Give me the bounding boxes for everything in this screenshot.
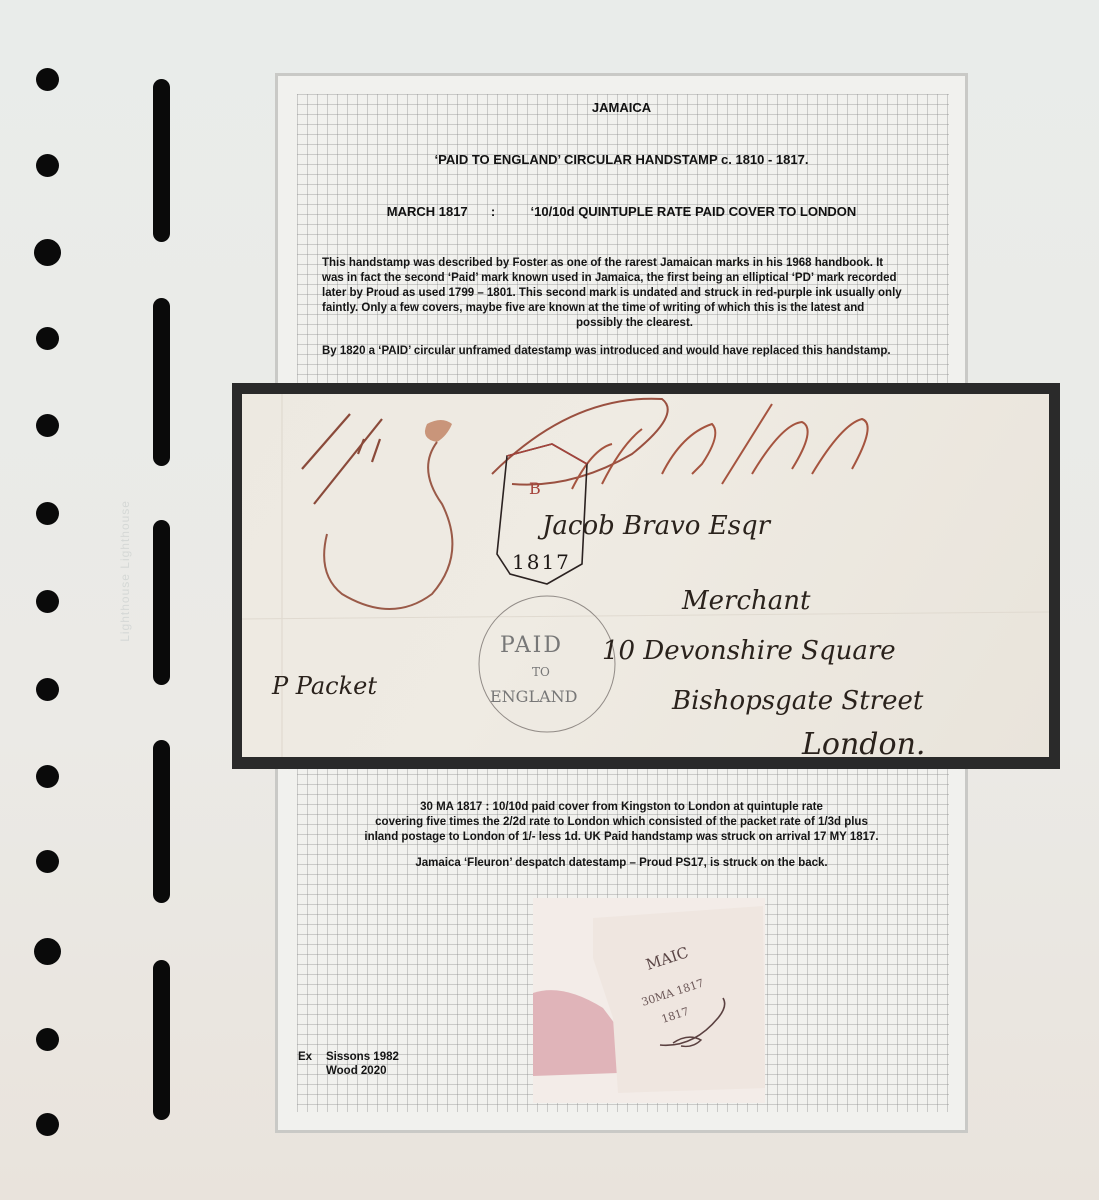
cover-image: B 1817 Jacob Bravo Esqr PAID TO ENGLAND …: [242, 394, 1049, 757]
svg-text:10 Devonshire Square: 10 Devonshire Square: [602, 636, 896, 666]
binder-hole: [36, 1113, 59, 1136]
back-stamp-note: Jamaica ‘Fleuron’ despatch datestamp – P…: [278, 856, 965, 871]
margin-watermark: Lighthouse Lighthouse: [118, 500, 132, 642]
svg-text:P Packet: P Packet: [271, 672, 377, 700]
history-note: By 1820 a ‘PAID’ circular unframed dates…: [322, 344, 947, 359]
svg-text:Bishopsgate Street: Bishopsgate Street: [671, 686, 924, 716]
cover-manuscript-icon: B 1817 Jacob Bravo Esqr PAID TO ENGLAND …: [242, 394, 1049, 757]
page-subtitle: ‘PAID TO ENGLAND’ CIRCULAR HANDSTAMP c. …: [278, 152, 965, 167]
binder-hole: [36, 765, 59, 788]
page-title: JAMAICA: [278, 100, 965, 115]
cover-heading: MARCH 1817 : ‘10/10d QUINTUPLE RATE PAID…: [278, 204, 965, 219]
provenance-entry: Wood 2020: [326, 1064, 387, 1078]
description-line: This handstamp was described by Foster a…: [322, 257, 883, 269]
binder-slot: [153, 520, 170, 685]
description-line: possibly the clearest.: [322, 316, 947, 331]
description-line: was in fact the second ‘Paid’ mark known…: [322, 272, 897, 284]
provenance: Ex Sissons 1982 Wood 2020: [298, 1050, 399, 1078]
description-line: faintly. Only a few covers, maybe five a…: [322, 302, 864, 314]
heading-date: MARCH 1817: [387, 204, 468, 219]
cover-caption: 30 MA 1817 : 10/10d paid cover from King…: [278, 800, 965, 845]
binder-hole: [36, 68, 59, 91]
svg-text:TO: TO: [532, 665, 550, 679]
svg-text:Jacob Bravo Esqr: Jacob Bravo Esqr: [537, 511, 772, 541]
svg-text:London.: London.: [801, 727, 925, 757]
binder-slot: [153, 79, 170, 242]
binder-slot: [153, 298, 170, 466]
caption-line: inland postage to London of 1/- less 1d.…: [364, 831, 878, 843]
binder-hole: [36, 414, 59, 437]
binder-hole: [36, 590, 59, 613]
binder-slot: [153, 740, 170, 903]
binder-hole: [36, 327, 59, 350]
heading-separator: :: [491, 204, 495, 219]
provenance-label: Ex: [298, 1050, 326, 1064]
binder-hole: [36, 850, 59, 873]
fleuron-datestamp-icon: MAIC 30MA 1817 1817: [533, 898, 765, 1103]
binder-hole: [34, 938, 61, 965]
description-paragraph: This handstamp was described by Foster a…: [322, 256, 947, 331]
binder-slot: [153, 960, 170, 1120]
binder-hole: [36, 678, 59, 701]
heading-text: ‘10/10d QUINTUPLE RATE PAID COVER TO LON…: [531, 204, 857, 219]
description-line: later by Proud as used 1799 – 1801. This…: [322, 287, 902, 299]
svg-text:PAID: PAID: [500, 633, 563, 658]
caption-line: covering five times the 2/2d rate to Lon…: [375, 816, 868, 828]
binder-hole: [36, 502, 59, 525]
caption-line: 30 MA 1817 : 10/10d paid cover from King…: [420, 801, 823, 813]
binder-hole: [36, 154, 59, 177]
svg-text:B: B: [529, 479, 541, 498]
binder-hole: [36, 1028, 59, 1051]
provenance-entry: Sissons 1982: [326, 1050, 399, 1064]
svg-text:1817: 1817: [512, 550, 571, 574]
svg-text:Merchant: Merchant: [681, 586, 811, 616]
svg-text:ENGLAND: ENGLAND: [490, 687, 577, 706]
cover-back-image: MAIC 30MA 1817 1817: [533, 898, 765, 1103]
cover-mount: B 1817 Jacob Bravo Esqr PAID TO ENGLAND …: [232, 383, 1060, 769]
binder-hole: [34, 239, 61, 266]
